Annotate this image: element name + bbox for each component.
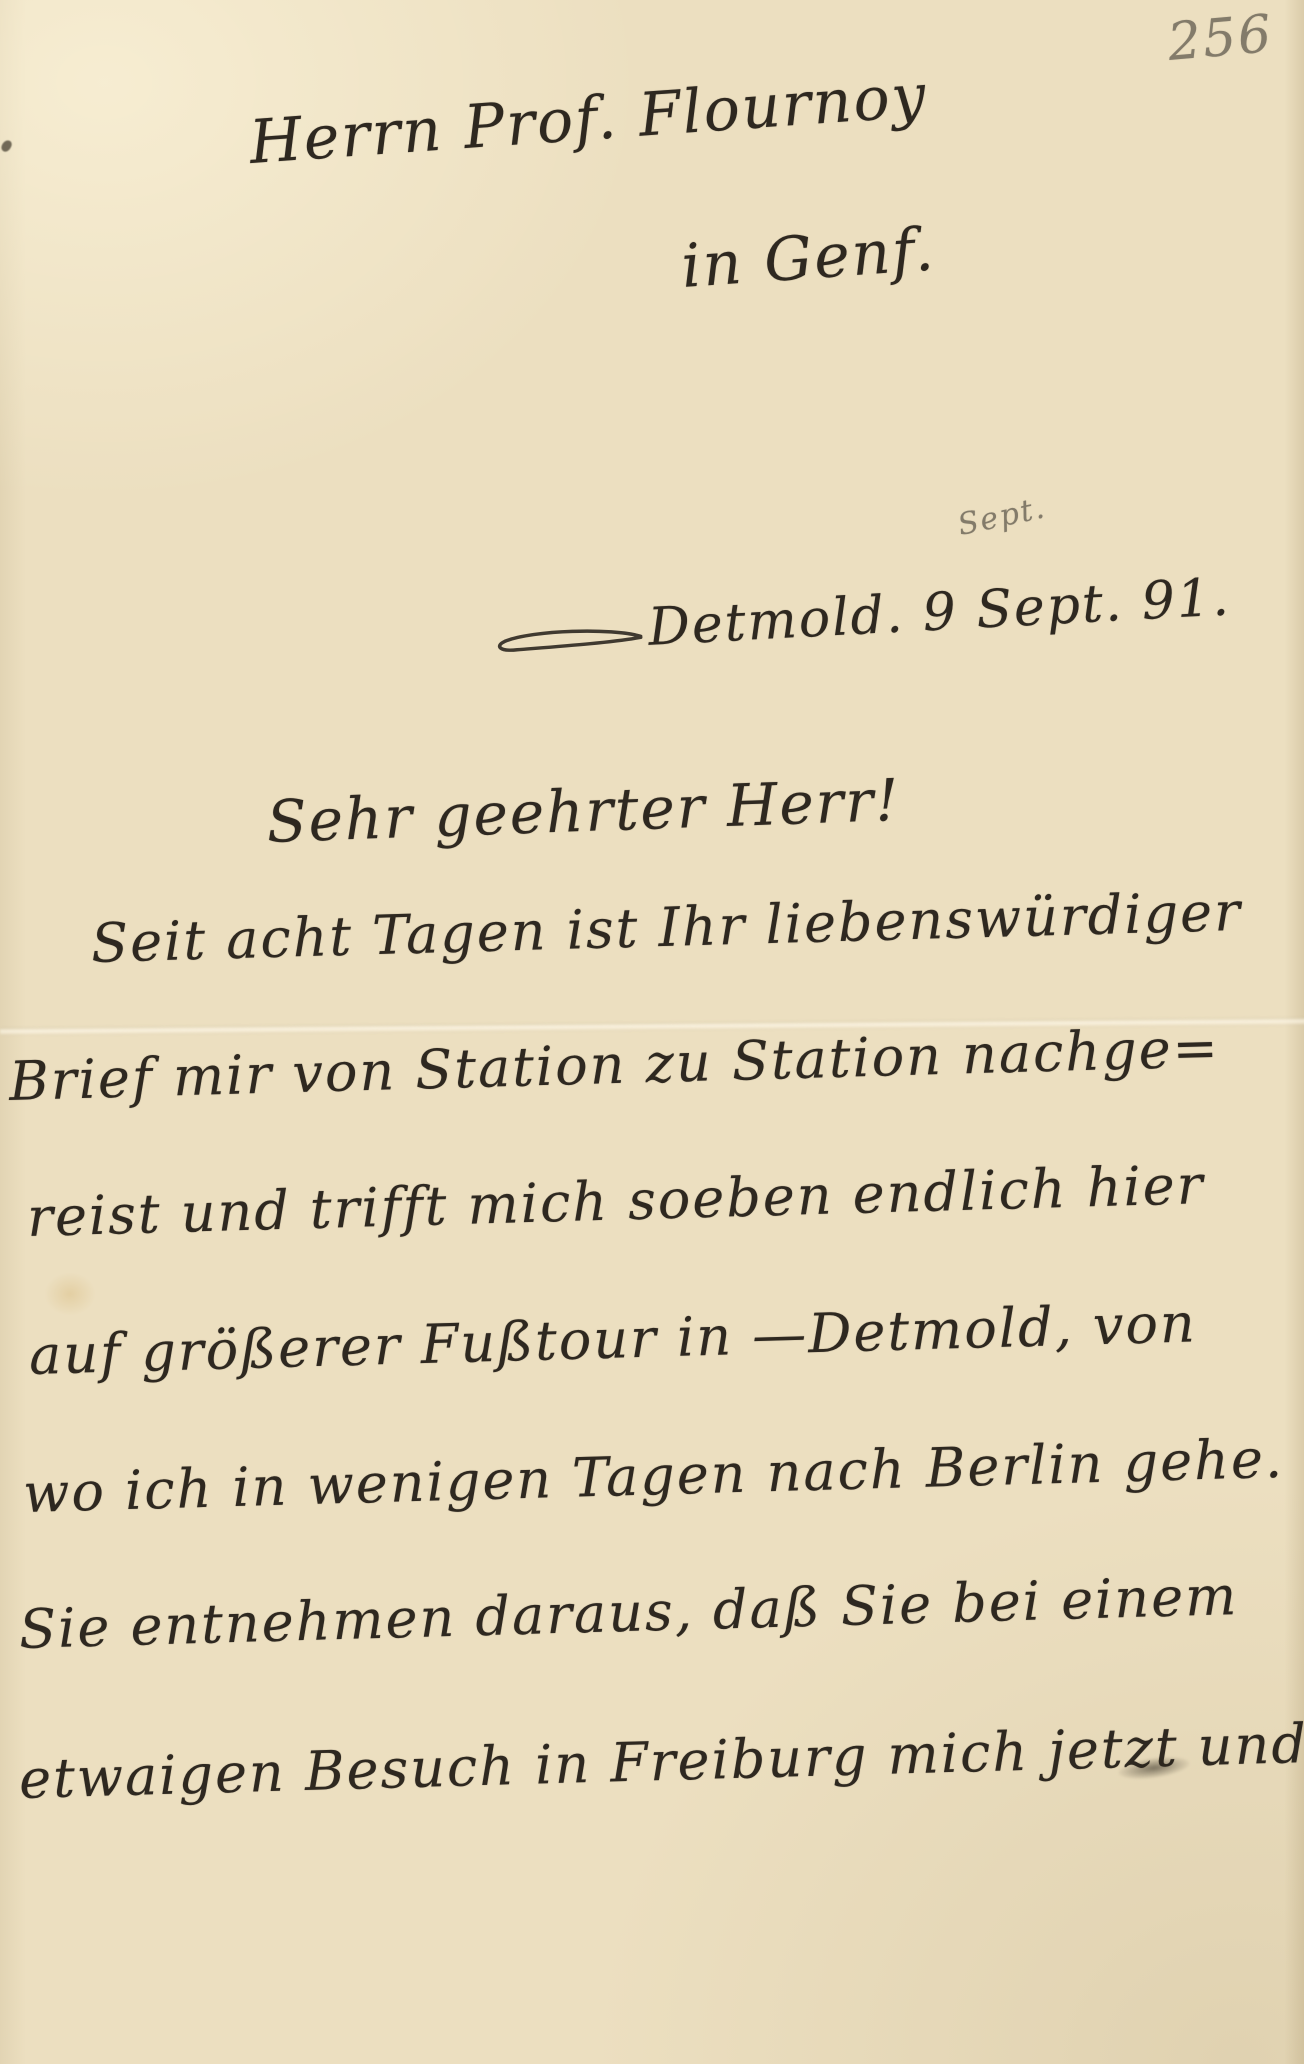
paper-stain xyxy=(44,1272,96,1316)
body-line: Sie entnehmen daraus, daß Sie bei einem xyxy=(18,1564,1239,1661)
dateline-text: Detmold. 9 Sept. 91. xyxy=(647,567,1232,657)
body-line: reist und trifft mich soeben endlich hie… xyxy=(26,1153,1205,1249)
page-number-annotation: 256 xyxy=(1165,4,1275,73)
recipient-city-line: in Genf. xyxy=(679,214,937,302)
dateline: Detmold. 9 Sept. 91. xyxy=(491,567,1232,666)
dateline-flourish-stroke xyxy=(492,622,643,660)
letter-scan-page: 256 Herrn Prof. Flournoy in Genf. Sept. … xyxy=(0,0,1304,2064)
body-line: Seit acht Tagen ist Ihr liebenswürdiger xyxy=(90,880,1242,975)
body-line: etwaigen Besuch in Freiburg mich jetzt u… xyxy=(18,1712,1304,1811)
body-line: auf größerer Fußtour in —Detmold, von xyxy=(28,1291,1197,1387)
edge-ink-speck xyxy=(0,139,13,154)
body-line: wo ich in wenigen Tagen nach Berlin gehe… xyxy=(22,1427,1285,1525)
pencil-month-annotation: Sept. xyxy=(955,490,1049,543)
recipient-name-line: Herrn Prof. Flournoy xyxy=(247,61,929,178)
salutation: Sehr geehrter Herr! xyxy=(266,766,902,856)
